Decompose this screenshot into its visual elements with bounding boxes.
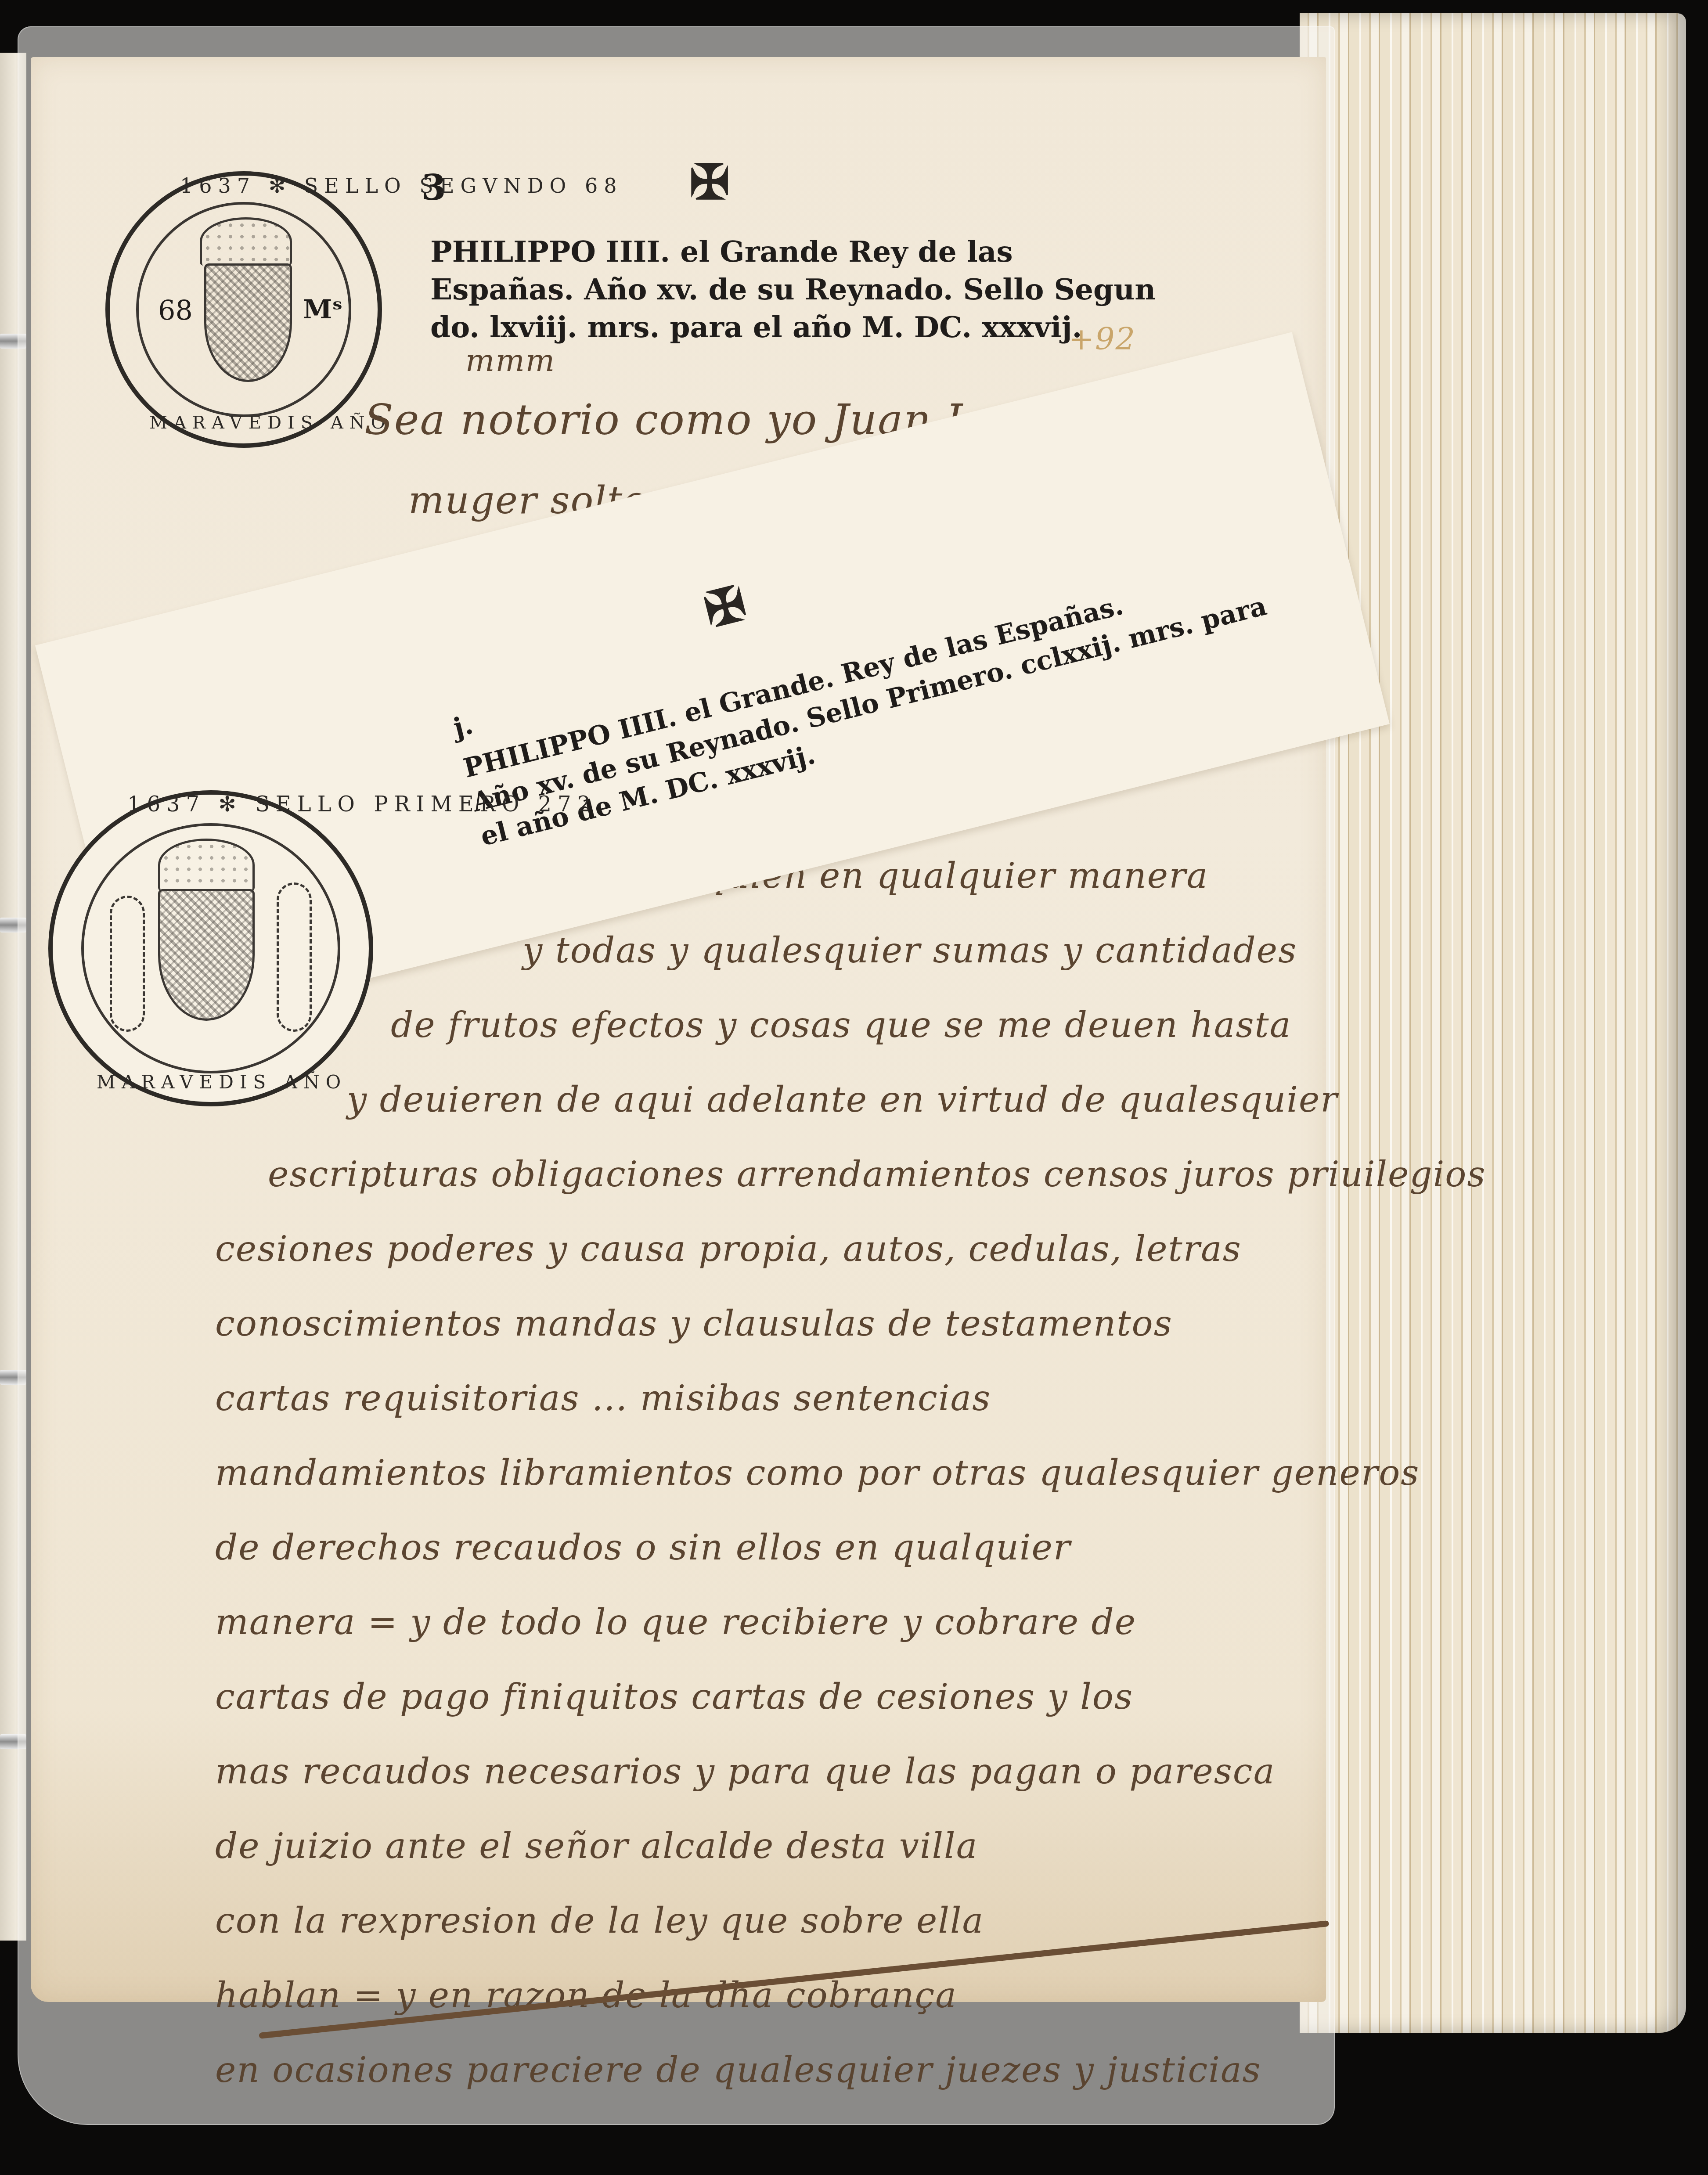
handwritten-body-line: de derechos recaudos o sin ellos en qual… — [215, 1510, 1291, 1585]
printed-header: PHILIPPO IIII. el Grande Rey de las Espa… — [430, 233, 1156, 346]
coat-of-arms-icon — [204, 263, 292, 382]
printed-header-line: Españas. Año xv. de su Reynado. Sello Se… — [430, 270, 1156, 308]
handwritten-body-line: de frutos efectos y cosas que se me deue… — [215, 988, 1291, 1062]
chain-of-order-right-icon — [277, 882, 312, 1032]
handwritten-body-line: mandamientos libramientos como por otras… — [215, 1436, 1291, 1510]
handwritten-body: ... y a quien en qualquier manera y toda… — [215, 839, 1291, 2107]
cross-mark-icon: ✠ — [689, 154, 730, 210]
handwritten-body-line: conoscimientos mandas y clausulas de tes… — [215, 1286, 1291, 1361]
cross-mark-icon: ✠ — [699, 574, 752, 639]
handwritten-body-line: cesiones poderes y causa propia, autos, … — [215, 1212, 1291, 1286]
handwritten-body-line: de juizio ante el señor alcalde desta vi… — [215, 1809, 1291, 1883]
seal-sello-segundo: 68 Mˢ 1637 ✻ SELLO SEGVNDO 68 MARAVEDIS … — [105, 171, 382, 448]
crown-icon — [158, 839, 255, 891]
stacked-leaves-in-sleeves — [1300, 13, 1686, 2033]
margin-note: +92 — [1068, 321, 1136, 357]
handwritten-body-line: manera = y de todo lo que recibiere y co… — [215, 1585, 1291, 1660]
seal-text-top: 1637 ✻ SELLO PRIMERO 272 — [127, 792, 597, 817]
seal-mark: Mˢ — [303, 294, 342, 325]
chain-of-order-left-icon — [110, 896, 145, 1032]
seal-text-top: 1637 ✻ SELLO SEGVNDO 68 — [180, 174, 623, 198]
handwritten-body-line: cartas de pago finiquitos cartas de cesi… — [215, 1660, 1291, 1734]
seal-text-bottom: MARAVEDIS AÑO — [149, 413, 392, 433]
printed-header-line: do. lxviij. mrs. para el año M. DC. xxxv… — [430, 308, 1156, 346]
handwritten-body-line: en ocasiones pareciere de qualesquier ju… — [215, 2033, 1291, 2107]
folio-mark: j. — [450, 709, 476, 744]
seal-text-bottom: MARAVEDIS AÑO — [97, 1071, 347, 1093]
handwritten-body-line: mas recaudos necesarios y para que las p… — [215, 1734, 1291, 1809]
handwritten-line: mmm — [465, 342, 555, 378]
seal-value: 68 — [158, 294, 193, 326]
printed-header-line: PHILIPPO IIII. el Grande Rey de las — [430, 233, 1156, 270]
coat-of-arms-icon — [158, 889, 255, 1021]
seal-sello-primero: 1637 ✻ SELLO PRIMERO 272 MARAVEDIS AÑO — [48, 790, 373, 1106]
crown-icon — [200, 217, 292, 266]
handwritten-body-line: escripturas obligaciones arrendamientos … — [215, 1137, 1291, 1212]
handwritten-body-line: y deuieren de aqui adelante en virtud de… — [215, 1062, 1291, 1137]
handwritten-body-line: cartas requisitorias ... misibas sentenc… — [215, 1361, 1291, 1436]
